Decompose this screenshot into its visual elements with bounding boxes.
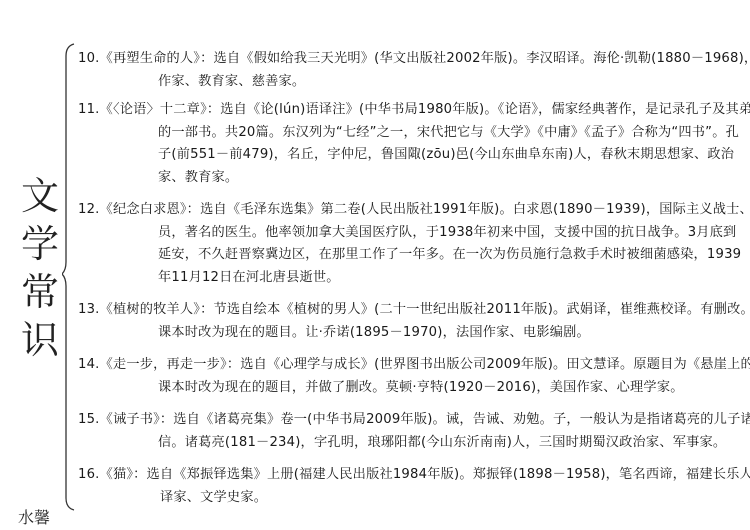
entry-continuation: 的一部书。共20篇。东汉列为“七经”之一，宋代把它与《大学》《中庸》《孟子》合称… [78,122,743,190]
list-item-entry-11: 11.《〈论语〉十二章》：选自《论(lún)语译注》(中华书局1980年版)。《… [78,99,743,189]
entry-first-line: 10.《再塑生命的人》：选自《假如给我三天光明》(华文出版社2002年版)。李汉… [78,48,743,71]
entry-first-line: 12.《纪念白求恩》：选自《毛泽东选集》第二卷(人民出版社1991年版)。白求恩… [78,199,743,222]
author-signature: 水馨 [18,505,50,528]
list-item-entry-16: 16.《猫》：选自《郑振铎选集》上册(福建人民出版社1984年版)。郑振铎(18… [78,464,743,509]
list-item-entry-15: 15.《诫子书》：选自《诸葛亮集》卷一(中华书局2009年版)。诫，告诫、劝勉。… [78,409,743,454]
side-title-char: 常 [21,268,59,316]
entry-first-line: 13.《植树的牧羊人》：节选自绘本《植树的男人》(二十一世纪出版社2011年版)… [78,299,743,322]
side-title-literary-knowledge: 文 学 常 识 [18,172,62,364]
entry-first-line: 11.《〈论语〉十二章》：选自《论(lún)语译注》(中华书局1980年版)。《… [78,99,743,122]
entry-first-line: 15.《诫子书》：选自《诸葛亮集》卷一(中华书局2009年版)。诫，告诫、劝勉。… [78,409,743,432]
list-item-entry-12: 12.《纪念白求恩》：选自《毛泽东选集》第二卷(人民出版社1991年版)。白求恩… [78,199,743,289]
list-item-entry-14: 14.《走一步，再走一步》：选自《心理学与成长》(世界图书出版公司2009年版)… [78,354,743,399]
entry-first-line: 14.《走一步，再走一步》：选自《心理学与成长》(世界图书出版公司2009年版)… [78,354,743,377]
entry-continuation: 员，著名的医生。他率领加拿大美国医疗队，于1938年初来中国，支援中国的抗日战争… [78,222,743,290]
entry-continuation: 作家、教育家、慈善家。 [78,71,743,94]
list-item-entry-13: 13.《植树的牧羊人》：节选自绘本《植树的男人》(二十一世纪出版社2011年版)… [78,299,743,344]
entry-continuation: 信。诸葛亮(181－234)，字孔明，琅琊阳都(今山东沂南南)人，三国时期蜀汉政… [78,432,743,455]
list-item-entry-10: 10.《再塑生命的人》：选自《假如给我三天光明》(华文出版社2002年版)。李汉… [78,48,743,93]
entry-continuation: 译家、文学史家。 [78,487,743,510]
side-title-char: 学 [21,220,59,268]
curly-brace-icon [62,42,76,512]
side-title-char: 识 [21,316,59,364]
entry-first-line: 16.《猫》：选自《郑振铎选集》上册(福建人民出版社1984年版)。郑振铎(18… [78,464,743,487]
entry-continuation: 课本时改为现在的题目，并做了删改。莫顿·亨特(1920－2016)，美国作家、心… [78,377,743,400]
entry-continuation: 课本时改为现在的题目。让·乔诺(1895－1970)，法国作家、电影编剧。 [78,322,743,345]
literary-notes-list: 10.《再塑生命的人》：选自《假如给我三天光明》(华文出版社2002年版)。李汉… [78,48,743,519]
side-title-char: 文 [21,172,59,220]
